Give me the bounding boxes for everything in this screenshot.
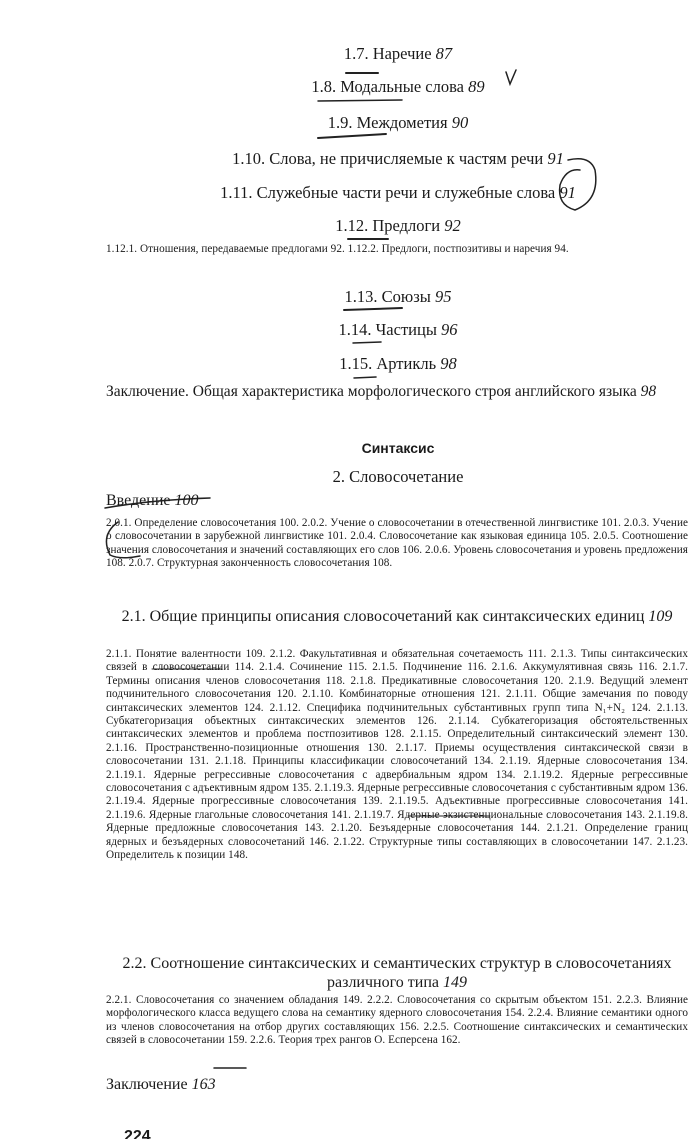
- part-title: Синтаксис: [106, 440, 690, 456]
- toc-heading-modal-words: 1.8. Модальные слова 89: [106, 77, 690, 97]
- toc-intro: Введение 100: [106, 491, 199, 510]
- toc-section-2-2: 2.2. Соотношение синтаксических и семант…: [106, 954, 688, 992]
- toc-heading-adverb: 1.7. Наречие 87: [106, 44, 690, 64]
- chapter-title: 2. Словосочетание: [106, 467, 690, 487]
- toc-section-2-1: 2.1. Общие принципы описания словосочета…: [106, 607, 688, 626]
- toc-heading-article: 1.15. Артикль 98: [106, 354, 690, 374]
- toc-heading-particles: 1.14. Частицы 96: [106, 320, 690, 340]
- toc-heading-interjections: 1.9. Междометия 90: [106, 113, 690, 133]
- toc-subentries-prepositions: 1.12.1. Отношения, передаваемые предлога…: [106, 243, 688, 256]
- toc-subentries-2-2: 2.2.1. Словосочетания со значением облад…: [106, 994, 688, 1048]
- toc-heading-prepositions: 1.12. Предлоги 92: [106, 216, 690, 236]
- toc-conclusion-morphology: Заключение. Общая характеристика морфоло…: [106, 382, 688, 401]
- toc-heading-unclassified-words: 1.10. Слова, не причисляемые к частям ре…: [106, 149, 690, 169]
- toc-subentries-2-1: 2.1.1. Понятие валентности 109. 2.1.2. Ф…: [106, 648, 688, 863]
- toc-heading-function-words: 1.11. Служебные части речи и служебные с…: [106, 183, 690, 203]
- toc-conclusion-2: Заключение 163: [106, 1075, 688, 1094]
- toc-heading-conjunctions: 1.13. Союзы 95: [106, 287, 690, 307]
- page-number: 224: [124, 1128, 151, 1139]
- toc-subentries-intro: 2.0.1. Определение словосочетания 100. 2…: [106, 517, 688, 571]
